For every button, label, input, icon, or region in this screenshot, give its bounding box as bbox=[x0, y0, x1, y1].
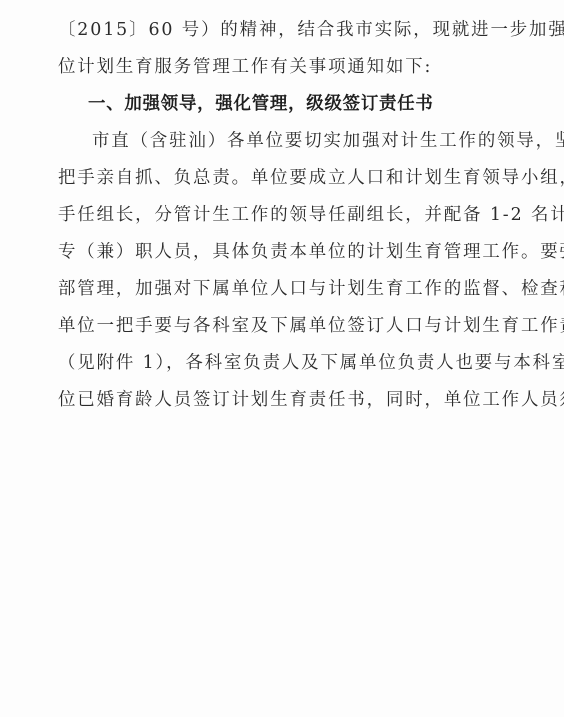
body-line: 部管理，加强对下属单位人口与计划生育工作的监督、检查和指导， bbox=[58, 274, 516, 304]
body-line: 市直（含驻汕）各单位要切实加强对计生工作的领导，坚持一 bbox=[92, 126, 516, 156]
body-line: （见附件 1），各科室负责人及下属单位负责人也要与本科室或本单 bbox=[58, 348, 516, 378]
section-heading-1: 一、加强领导，强化管理，级级签订责任书 bbox=[88, 89, 434, 119]
document-page: 〔2015〕60 号）的精神，结合我市实际，现就进一步加强市直单 位计划生育服务… bbox=[0, 0, 564, 717]
body-line: 位计划生育服务管理工作有关事项通知如下: bbox=[58, 52, 516, 82]
body-line: 〔2015〕60 号）的精神，结合我市实际，现就进一步加强市直单 bbox=[58, 15, 516, 45]
body-line: 手任组长，分管计生工作的领导任副组长，并配备 1-2 名计划生育 bbox=[58, 200, 516, 230]
body-line: 位已婚育龄人员签订计划生育责任书，同时，单位工作人员须向单位 bbox=[58, 385, 516, 415]
body-line: 专（兼）职人员，具体负责本单位的计划生育管理工作。要强化内 bbox=[58, 237, 516, 267]
body-line: 单位一把手要与各科室及下属单位签订人口与计划生育工作责任书 bbox=[58, 311, 516, 341]
body-line: 把手亲自抓、负总责。单位要成立人口和计划生育领导小组，一把 bbox=[58, 163, 516, 193]
